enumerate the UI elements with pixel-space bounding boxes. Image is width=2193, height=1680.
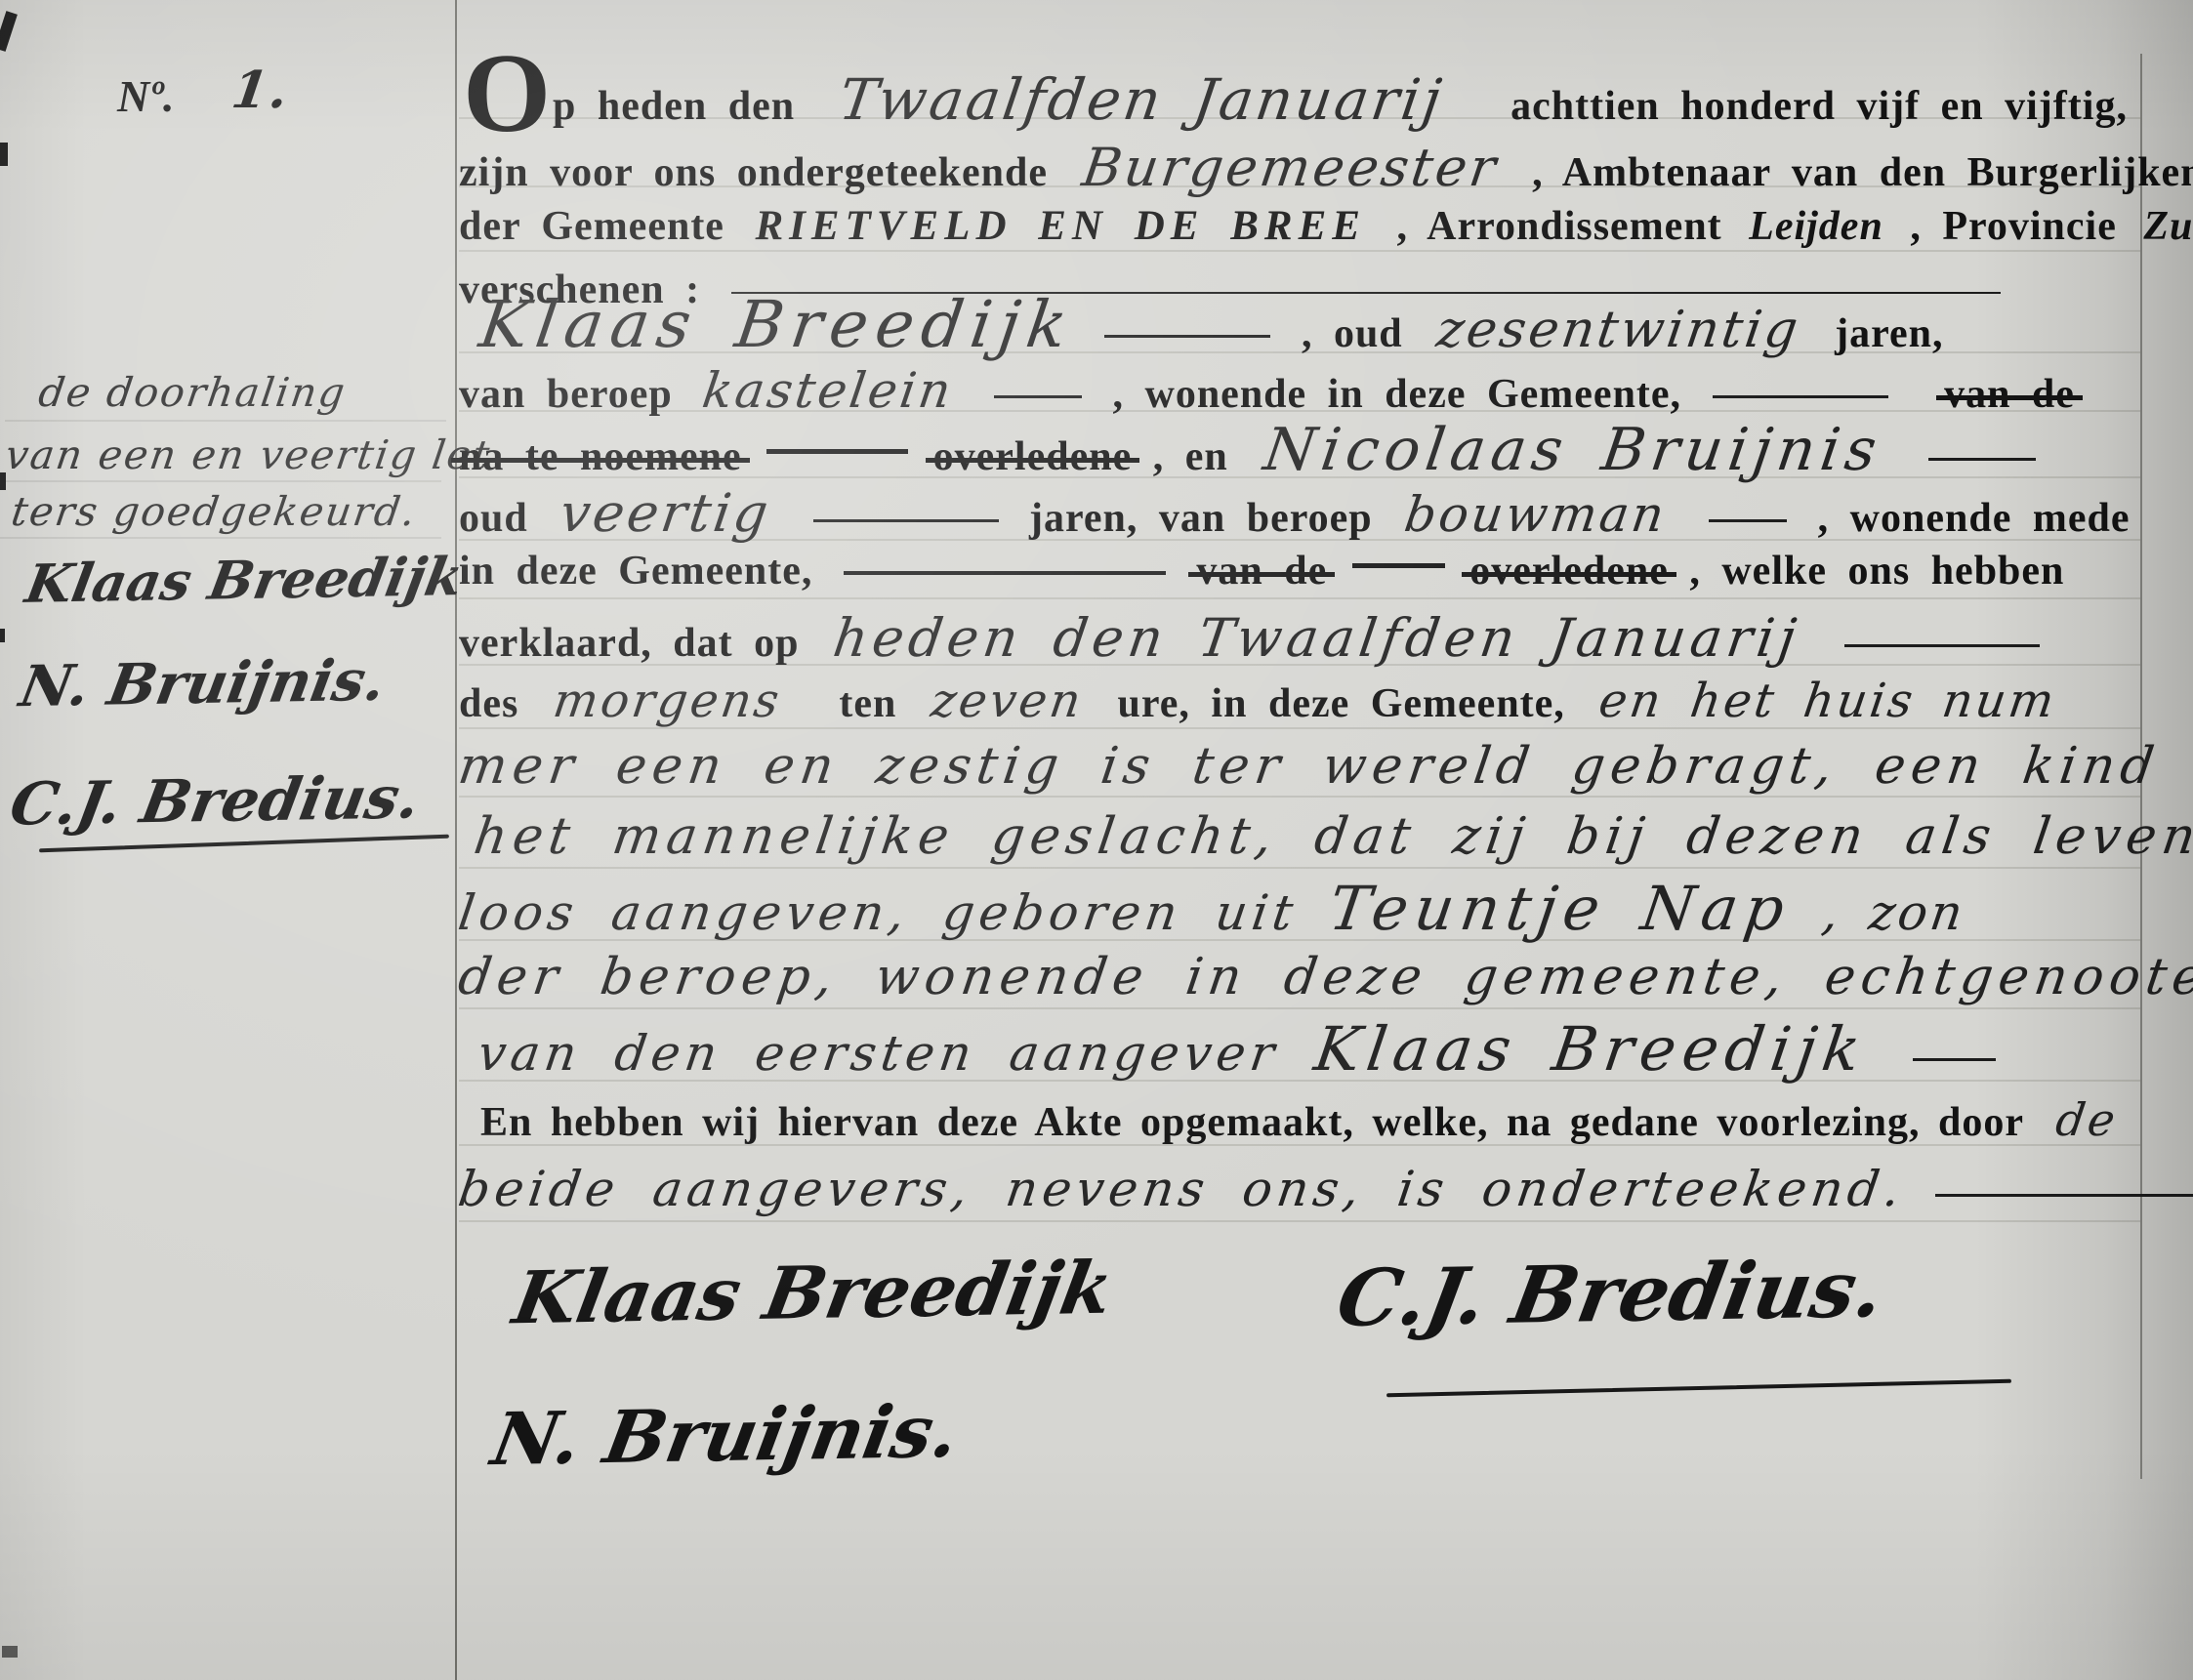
document-line: oud veertig jaren, van beroep bouwman , … [459, 484, 2131, 543]
document-line: in deze Gemeente, van de overledene , we… [459, 549, 2064, 594]
document-line: des morgens ten zeven ure, in deze Gemee… [459, 676, 2056, 728]
edge-mark [0, 143, 8, 166]
printed-text: van beroep [459, 372, 673, 417]
ruled-line [5, 420, 446, 422]
signature-official: C.J. Bredius. [1331, 1243, 1891, 1344]
province-name: Zuid-Holland, [2143, 204, 2193, 249]
left-column-rule [455, 0, 457, 1680]
struck-text: na te noemene [459, 434, 742, 480]
fill-line [1935, 1194, 2193, 1197]
printed-text: , wonende mede [1818, 496, 2131, 541]
handwritten-age: zesentwintig [1433, 302, 1804, 358]
printed-text: , Arrondissement [1396, 204, 1721, 249]
printed-text: der Gemeente [459, 204, 724, 249]
handwritten-occupation: kastelein [699, 363, 957, 418]
signature-declarant-2: N. Bruijnis. [486, 1390, 966, 1482]
printed-text: p heden den [553, 84, 795, 129]
handwritten-entry: de [2053, 1095, 2122, 1146]
ruled-line [459, 1007, 2140, 1009]
struck-text: van de [1196, 549, 1327, 594]
document-line: der beroep, wonende in deze gemeente, ec… [459, 949, 2193, 1005]
margin-signature: C.J. Bredius. [5, 763, 425, 839]
margin-signature: N. Bruijnis. [15, 647, 391, 719]
document-line: mer een en zestig is ter wereld gebragt,… [459, 738, 2193, 795]
fill-line [1713, 395, 1888, 398]
document-line: van den eersten aangever Klaas Breedijk [478, 1015, 2006, 1083]
fill-line [1913, 1058, 1996, 1061]
document-line: van beroep kastelein , wonende in deze G… [459, 363, 2075, 418]
printed-text: , Ambtenaar van den Burgerlijken Stand [1532, 150, 2193, 195]
handwritten-entry: Burgemeester [1078, 139, 1502, 197]
margin-note-line: ters goedgekeurd. [9, 488, 421, 535]
strike-line [1352, 563, 1445, 568]
ruled-line [459, 867, 2140, 869]
handwritten-date: heden den Twaalfden Januarij [830, 609, 1804, 668]
edge-mark [0, 11, 18, 52]
fill-line [1928, 458, 2036, 461]
document-line: verklaard, dat op heden den Twaalfden Ja… [459, 609, 2049, 668]
document-line: beide aangevers, nevens ons, is ondertee… [459, 1162, 2193, 1216]
fill-line [844, 571, 1166, 575]
handwritten-age: veertig [557, 484, 774, 543]
ruled-line [459, 597, 2140, 599]
fill-line [813, 519, 999, 522]
fill-line [1709, 519, 1787, 522]
printed-text: jaren, van beroep [1029, 496, 1373, 541]
handwritten-entry: morgens [550, 676, 785, 728]
act-number-value: 1. [228, 61, 294, 120]
signature-declarant-1: Klaas Breedijk [507, 1247, 1119, 1341]
fill-line [994, 395, 1082, 398]
handwritten-date: Twaalfden Januarij [835, 68, 1447, 132]
handwritten-occupation: bouwman [1401, 487, 1670, 542]
handwritten-name: Klaas Breedijk [1310, 1015, 1871, 1083]
handwritten-entry: en het huis num [1596, 676, 2060, 728]
document-line: p heden den Twaalfden Januarij achttien … [553, 68, 2128, 132]
ruled-line [459, 1220, 2140, 1222]
document-line: der Gemeente RIETVELD EN DE BREE , Arron… [459, 203, 2193, 250]
handwritten-entry: beide aangevers, nevens ons, is ondertee… [455, 1162, 1908, 1216]
printed-text: achttien honderd vijf en vijftig, [1510, 84, 2128, 129]
edge-mark [2, 1646, 18, 1658]
struck-text: overledene [1469, 549, 1669, 594]
fill-line [1844, 644, 2040, 647]
ruled-line [459, 796, 2140, 798]
document-line: En hebben wij hiervan deze Akte opgemaak… [480, 1095, 2118, 1146]
fill-line [1104, 335, 1270, 338]
printed-text: in deze Gemeente, [459, 549, 812, 594]
edge-mark [0, 629, 5, 642]
handwritten-name: Klaas Breedijk [476, 289, 1079, 361]
printed-text: oud [459, 496, 528, 541]
document-line: het mannelijke geslacht, dat zij bij dez… [475, 808, 2193, 865]
document-line: na te noemene overledene , en Nicolaas B… [459, 418, 2046, 483]
printed-text: zijn voor ons ondergeteekende [459, 150, 1048, 195]
printed-text: , oud [1302, 311, 1403, 356]
struck-text: overledene [933, 434, 1133, 480]
handwritten-entry: het mannelijke geslacht, dat zij bij dez… [471, 808, 2193, 865]
margin-signature: Klaas Breedijk [21, 545, 468, 615]
signature-flourish [1386, 1379, 2011, 1398]
struck-text: van de [1944, 372, 2075, 418]
printed-text: verklaard, dat op [459, 621, 800, 666]
printed-text: des [459, 681, 518, 726]
ruled-line [0, 480, 441, 482]
document-line: loos aangeven, geboren uit Teuntje Nap ,… [459, 875, 1965, 942]
handwritten-entry: der beroep, wonende in deze gemeente, ec… [455, 949, 2193, 1005]
handwritten-mother-name: Teuntje Nap [1325, 875, 1795, 942]
document-line: zijn voor ons ondergeteekende Burgemeest… [459, 139, 2193, 197]
municipality-name: RIETVELD EN DE BREE [755, 203, 1365, 249]
handwritten-entry: , zon [1819, 885, 1968, 940]
ruled-line [459, 250, 2140, 252]
printed-text: , Provincie [1910, 204, 2117, 249]
handwritten-entry: van den eersten aangever [475, 1026, 1282, 1081]
handwritten-entry: zeven [928, 676, 1087, 728]
edge-mark [0, 472, 6, 490]
strike-line [766, 449, 908, 454]
printed-text: , en [1153, 434, 1228, 479]
printed-text: jaren, [1835, 311, 1943, 356]
printed-text: , welke ons hebben [1689, 549, 2064, 594]
handwritten-entry: loos aangeven, geboren uit [455, 885, 1301, 940]
printed-text: , wonende in deze Gemeente, [1112, 372, 1681, 417]
printed-text: En hebben wij hiervan deze Akte opgemaak… [480, 1100, 2024, 1145]
document-line: Klaas Breedijk , oud zesentwintig jaren, [480, 289, 1944, 361]
printed-text: ure, in deze Gemeente, [1118, 681, 1565, 726]
printed-text: ten [839, 681, 896, 726]
scanned-civil-record-page: Nº. 1. de doorhaling van een en veertig … [0, 0, 2193, 1680]
district-name: Leijden [1749, 204, 1883, 249]
ruled-line [0, 537, 441, 539]
drop-cap: O [463, 37, 551, 150]
act-number-label: Nº. [117, 70, 175, 122]
margin-note-line: van een en veertig let [3, 431, 494, 478]
handwritten-entry: mer een en zestig is ter wereld gebragt,… [455, 738, 2193, 795]
handwritten-name: Nicolaas Bruijnis [1260, 418, 1885, 483]
margin-note-line: de doorhaling [36, 369, 350, 416]
